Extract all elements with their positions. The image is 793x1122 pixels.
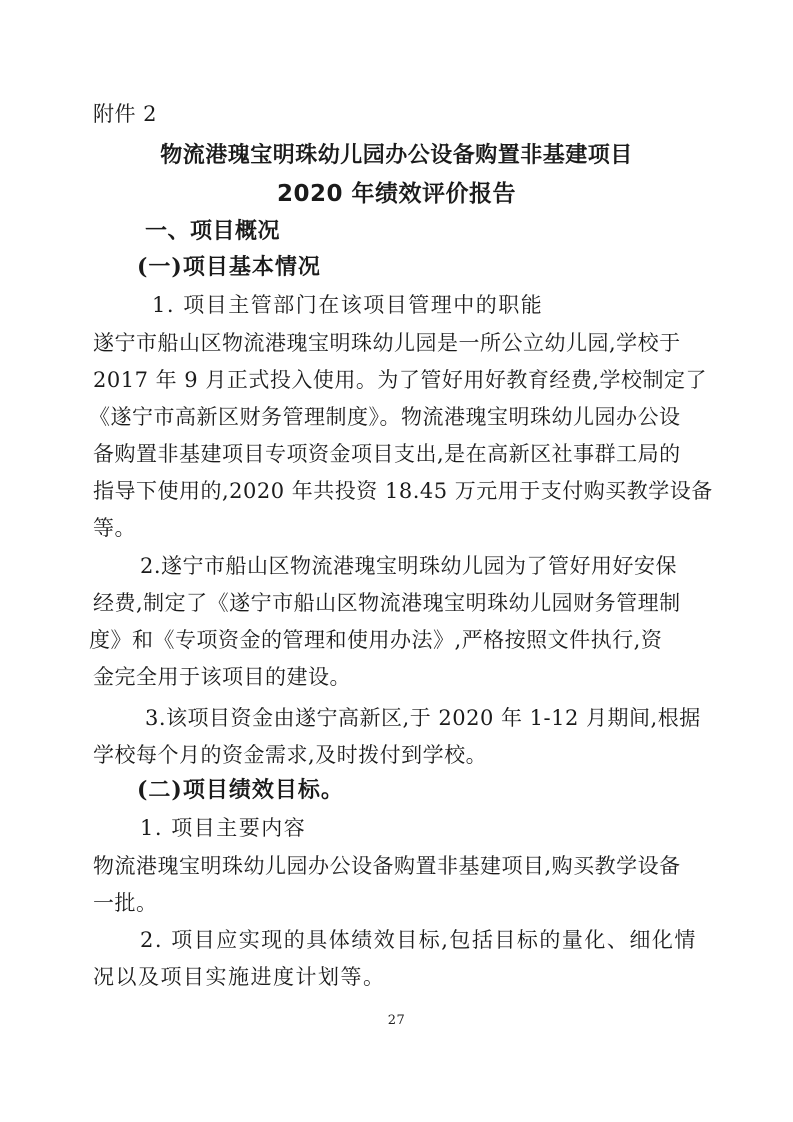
paragraph-4-line-1: 物流港瑰宝明珠幼儿园办公设备购置非基建项目,购买教学设备: [93, 853, 681, 879]
paragraph-3-line-2: 学校每个月的资金需求,及时拨付到学校。: [93, 742, 487, 768]
paragraph-2-line-2: 经费,制定了《遂宁市船山区物流港瑰宝明珠幼儿园财务管理制: [93, 590, 681, 616]
list-item-1: 1. 项目主管部门在该项目管理中的职能: [152, 292, 543, 318]
paragraph-1-line-2: 2017 年 9 月正式投入使用。为了管好用好教育经费,学校制定了: [93, 367, 707, 393]
list-item-3-line-2: 况以及项目实施进度计划等。: [93, 964, 386, 990]
paragraph-1-line-6: 等。: [93, 515, 136, 541]
paragraph-4-line-2: 一批。: [93, 890, 158, 916]
list-item-2: 1. 项目主要内容: [140, 815, 306, 841]
paragraph-1-line-4: 备购置非基建项目专项资金项目支出,是在高新区社事群工局的: [93, 441, 681, 467]
subsection-heading-1: (一)项目基本情况: [137, 254, 321, 280]
attachment-label: 附件 2: [93, 101, 157, 127]
list-item-3-line-1: 2. 项目应实现的具体绩效目标,包括目标的量化、细化情: [140, 927, 697, 953]
paragraph-1-line-1: 遂宁市船山区物流港瑰宝明珠幼儿园是一所公立幼儿园,学校于: [93, 330, 681, 356]
paragraph-2-line-3: 度》和《专项资金的管理和使用办法》,严格按照文件执行,资: [89, 627, 662, 653]
paragraph-1-line-3: 《遂宁市高新区财务管理制度》。物流港瑰宝明珠幼儿园办公设: [89, 404, 681, 430]
paragraph-2-line-1: 2.遂宁市船山区物流港瑰宝明珠幼儿园为了管好用好安保: [140, 553, 677, 579]
section-heading-1: 一、项目概况: [145, 219, 280, 245]
page-number: 27: [0, 1008, 793, 1034]
document-title: 物流港瑰宝明珠幼儿园办公设备购置非基建项目: [0, 143, 793, 169]
document-subtitle: 2020 年绩效评价报告: [0, 181, 793, 207]
paragraph-1-line-5: 指导下使用的,2020 年共投资 18.45 万元用于支付购买教学设备: [93, 478, 713, 504]
subsection-heading-2: (二)项目绩效目标。: [137, 777, 344, 803]
paragraph-2-line-4: 金完全用于该项目的建设。: [93, 664, 351, 690]
document-page: 附件 2 物流港瑰宝明珠幼儿园办公设备购置非基建项目 2020 年绩效评价报告 …: [0, 0, 793, 1122]
paragraph-3-line-1: 3.该项目资金由遂宁高新区,于 2020 年 1-12 月期间,根据: [145, 705, 701, 731]
